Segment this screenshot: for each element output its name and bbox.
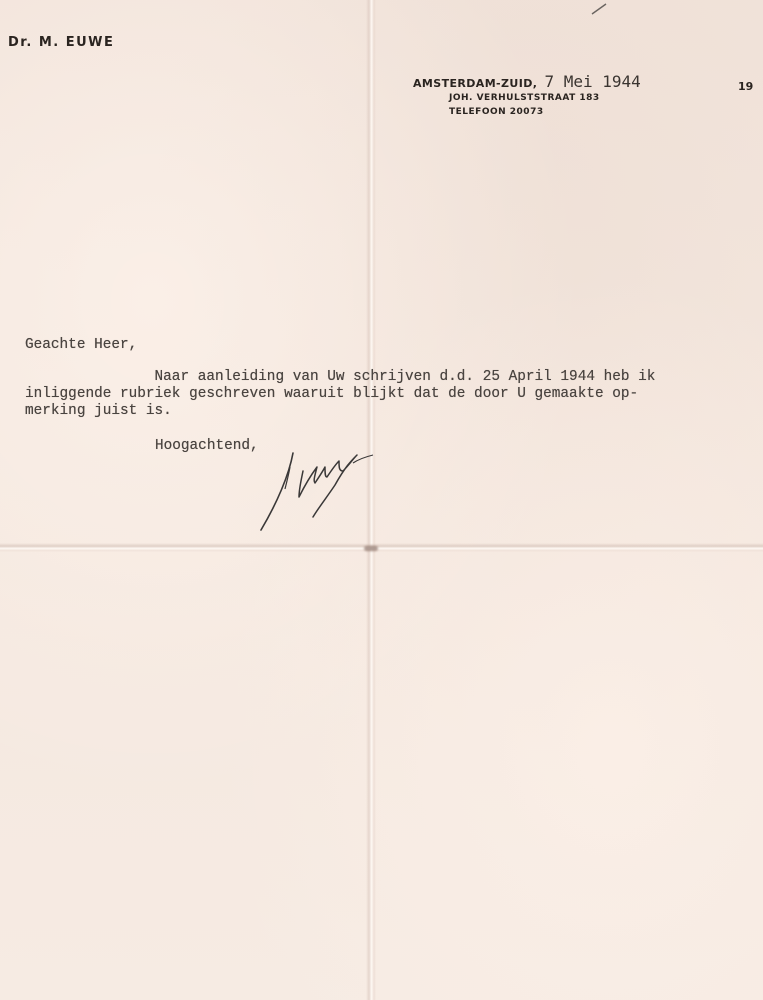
city: AMSTERDAM-ZUID, [413,77,537,90]
letterhead-block: AMSTERDAM-ZUID, 7 Mei 1944 JOH. VERHULST… [413,72,641,119]
stray-pencil-mark [590,0,610,20]
body-line-1: Naar aanleiding van Uw schrijven d.d. 25… [25,369,655,385]
body-line-2: inliggende rubriek geschreven waaruit bl… [25,386,638,402]
city-date-line: AMSTERDAM-ZUID, 7 Mei 1944 [413,72,641,91]
sender-name: Dr. M. EUWE [8,35,114,50]
horizontal-fold-line [0,543,763,552]
year-prefix: 19 [738,80,753,93]
salutation: Geachte Heer, [25,337,137,353]
street-address: JOH. VERHULSTSTRAAT 183 [449,91,641,105]
fold-crease-mark [364,546,378,551]
letter-date: 7 Mei 1944 [544,72,640,91]
body-line-3: merking juist is. [25,403,172,419]
signature-icon [255,445,400,535]
closing: Hoogachtend, [155,438,259,454]
phone-number: TELEFOON 20073 [449,105,641,119]
